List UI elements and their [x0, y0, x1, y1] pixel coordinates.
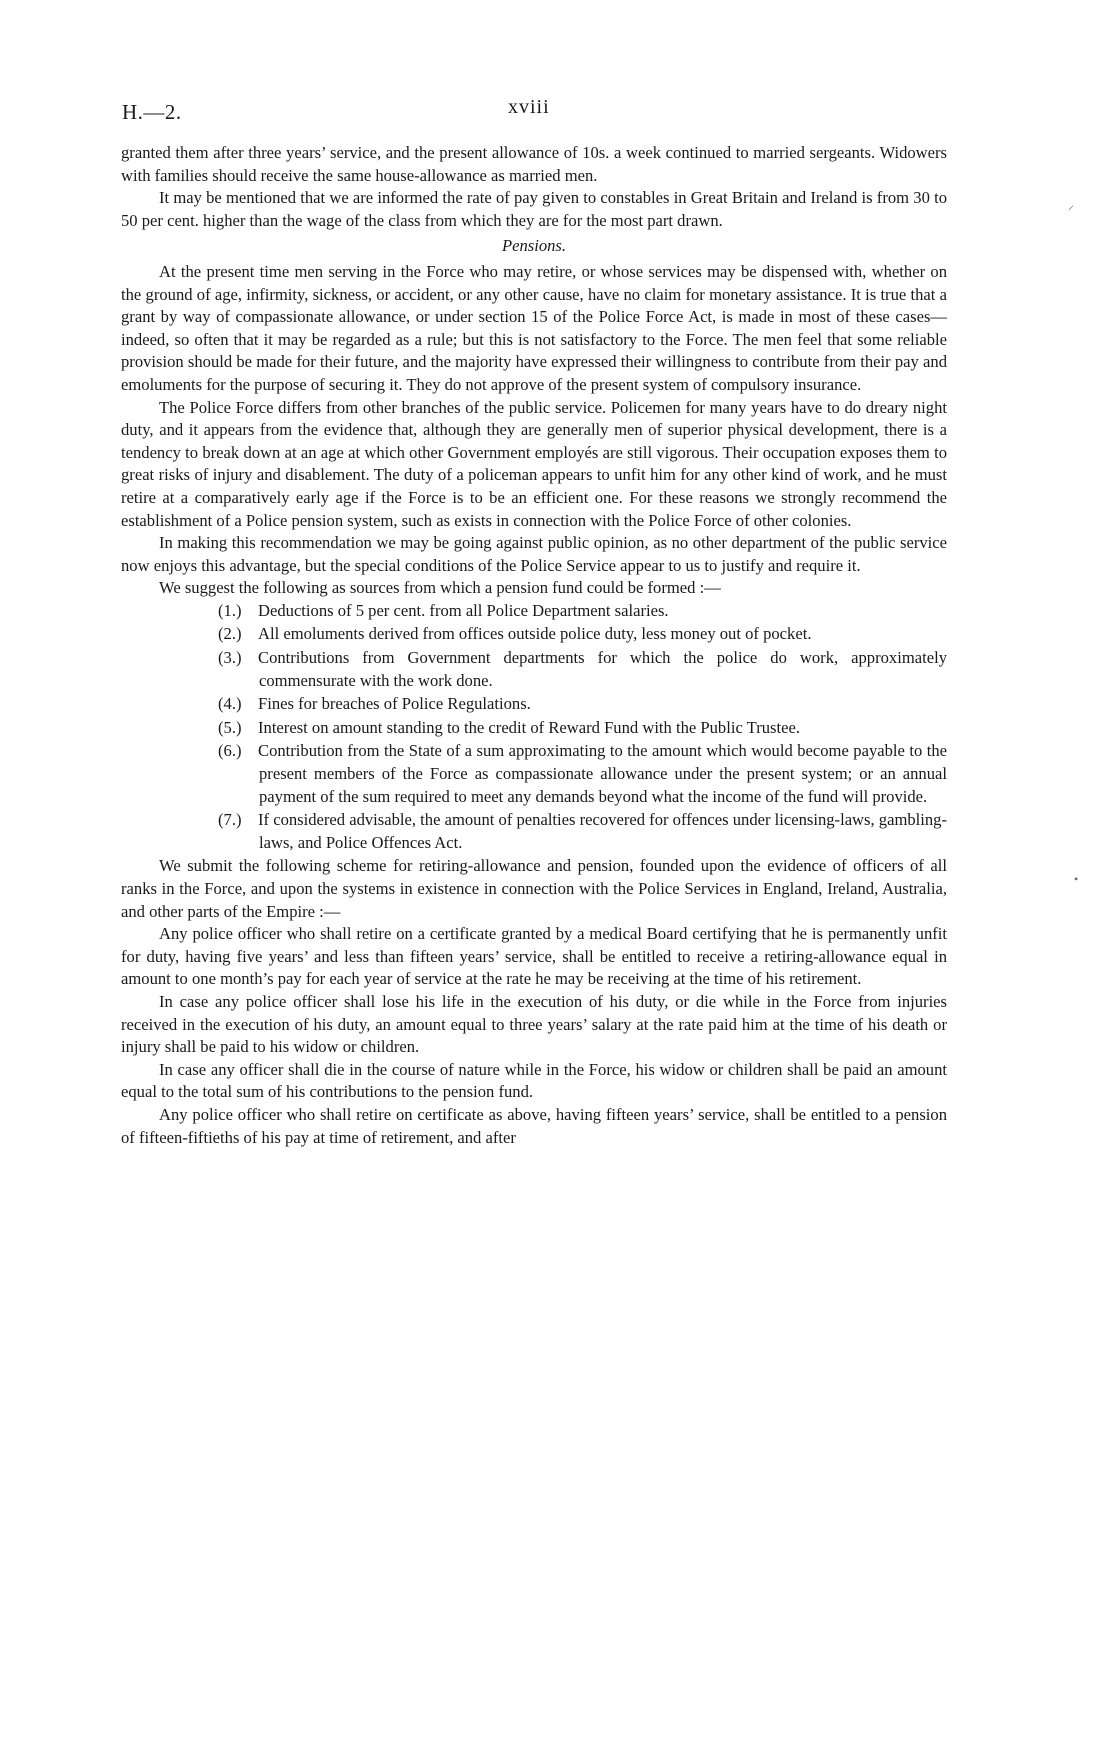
paragraph: Any police officer who shall retire on c… — [121, 1104, 947, 1149]
list-number: (4.) — [218, 693, 258, 716]
document-reference: H.—2. — [122, 100, 182, 125]
list-item: (1.)Deductions of 5 per cent. from all P… — [121, 600, 947, 623]
paragraph: It may be mentioned that we are informed… — [121, 187, 947, 232]
list-item: (6.)Contribution from the State of a sum… — [121, 740, 947, 808]
list-item: (2.)All emoluments derived from offices … — [121, 623, 947, 646]
list-text: Interest on amount standing to the credi… — [258, 718, 800, 737]
list-item: (4.)Fines for breaches of Police Regulat… — [121, 693, 947, 716]
paragraph: In case any police officer shall lose hi… — [121, 991, 947, 1059]
paragraph: The Police Force differs from other bran… — [121, 397, 947, 533]
section-heading: Pensions. — [121, 235, 947, 258]
paragraph: In case any officer shall die in the cou… — [121, 1059, 947, 1104]
page-number: xviii — [508, 96, 550, 119]
paragraph-continuation: granted them after three years’ service,… — [121, 142, 947, 187]
list-text: Deductions of 5 per cent. from all Polic… — [258, 601, 669, 620]
paragraph: In making this recommendation we may be … — [121, 532, 947, 577]
paragraph: Any police officer who shall retire on a… — [121, 923, 947, 991]
list-number: (5.) — [218, 717, 258, 740]
list-item: (5.)Interest on amount standing to the c… — [121, 717, 947, 740]
document-page: H.—2. xviii granted them after three yea… — [0, 0, 1114, 1764]
scan-speck: ⸝ — [1068, 196, 1074, 213]
list-number: (3.) — [218, 647, 258, 670]
list-item: (3.)Contributions from Government depart… — [121, 647, 947, 692]
list-text: All emoluments derived from offices outs… — [258, 624, 811, 643]
page-header: H.—2. xviii — [122, 100, 954, 130]
list-text: If considered advisable, the amount of p… — [258, 810, 947, 852]
paragraph: At the present time men serving in the F… — [121, 261, 947, 397]
list-number: (2.) — [218, 623, 258, 646]
list-number: (1.) — [218, 600, 258, 623]
list-text: Contribution from the State of a sum app… — [258, 741, 947, 805]
list-text: Contributions from Government department… — [258, 648, 947, 690]
list-number: (6.) — [218, 740, 258, 763]
pension-fund-sources-list: (1.)Deductions of 5 per cent. from all P… — [121, 600, 947, 855]
paragraph: We suggest the following as sources from… — [121, 577, 947, 600]
list-number: (7.) — [218, 809, 258, 832]
list-text: Fines for breaches of Police Regulations… — [258, 694, 531, 713]
document-body: granted them after three years’ service,… — [121, 142, 947, 1149]
list-item: (7.)If considered advisable, the amount … — [121, 809, 947, 854]
paragraph: We submit the following scheme for retir… — [121, 855, 947, 923]
scan-speck: • — [1074, 872, 1078, 887]
